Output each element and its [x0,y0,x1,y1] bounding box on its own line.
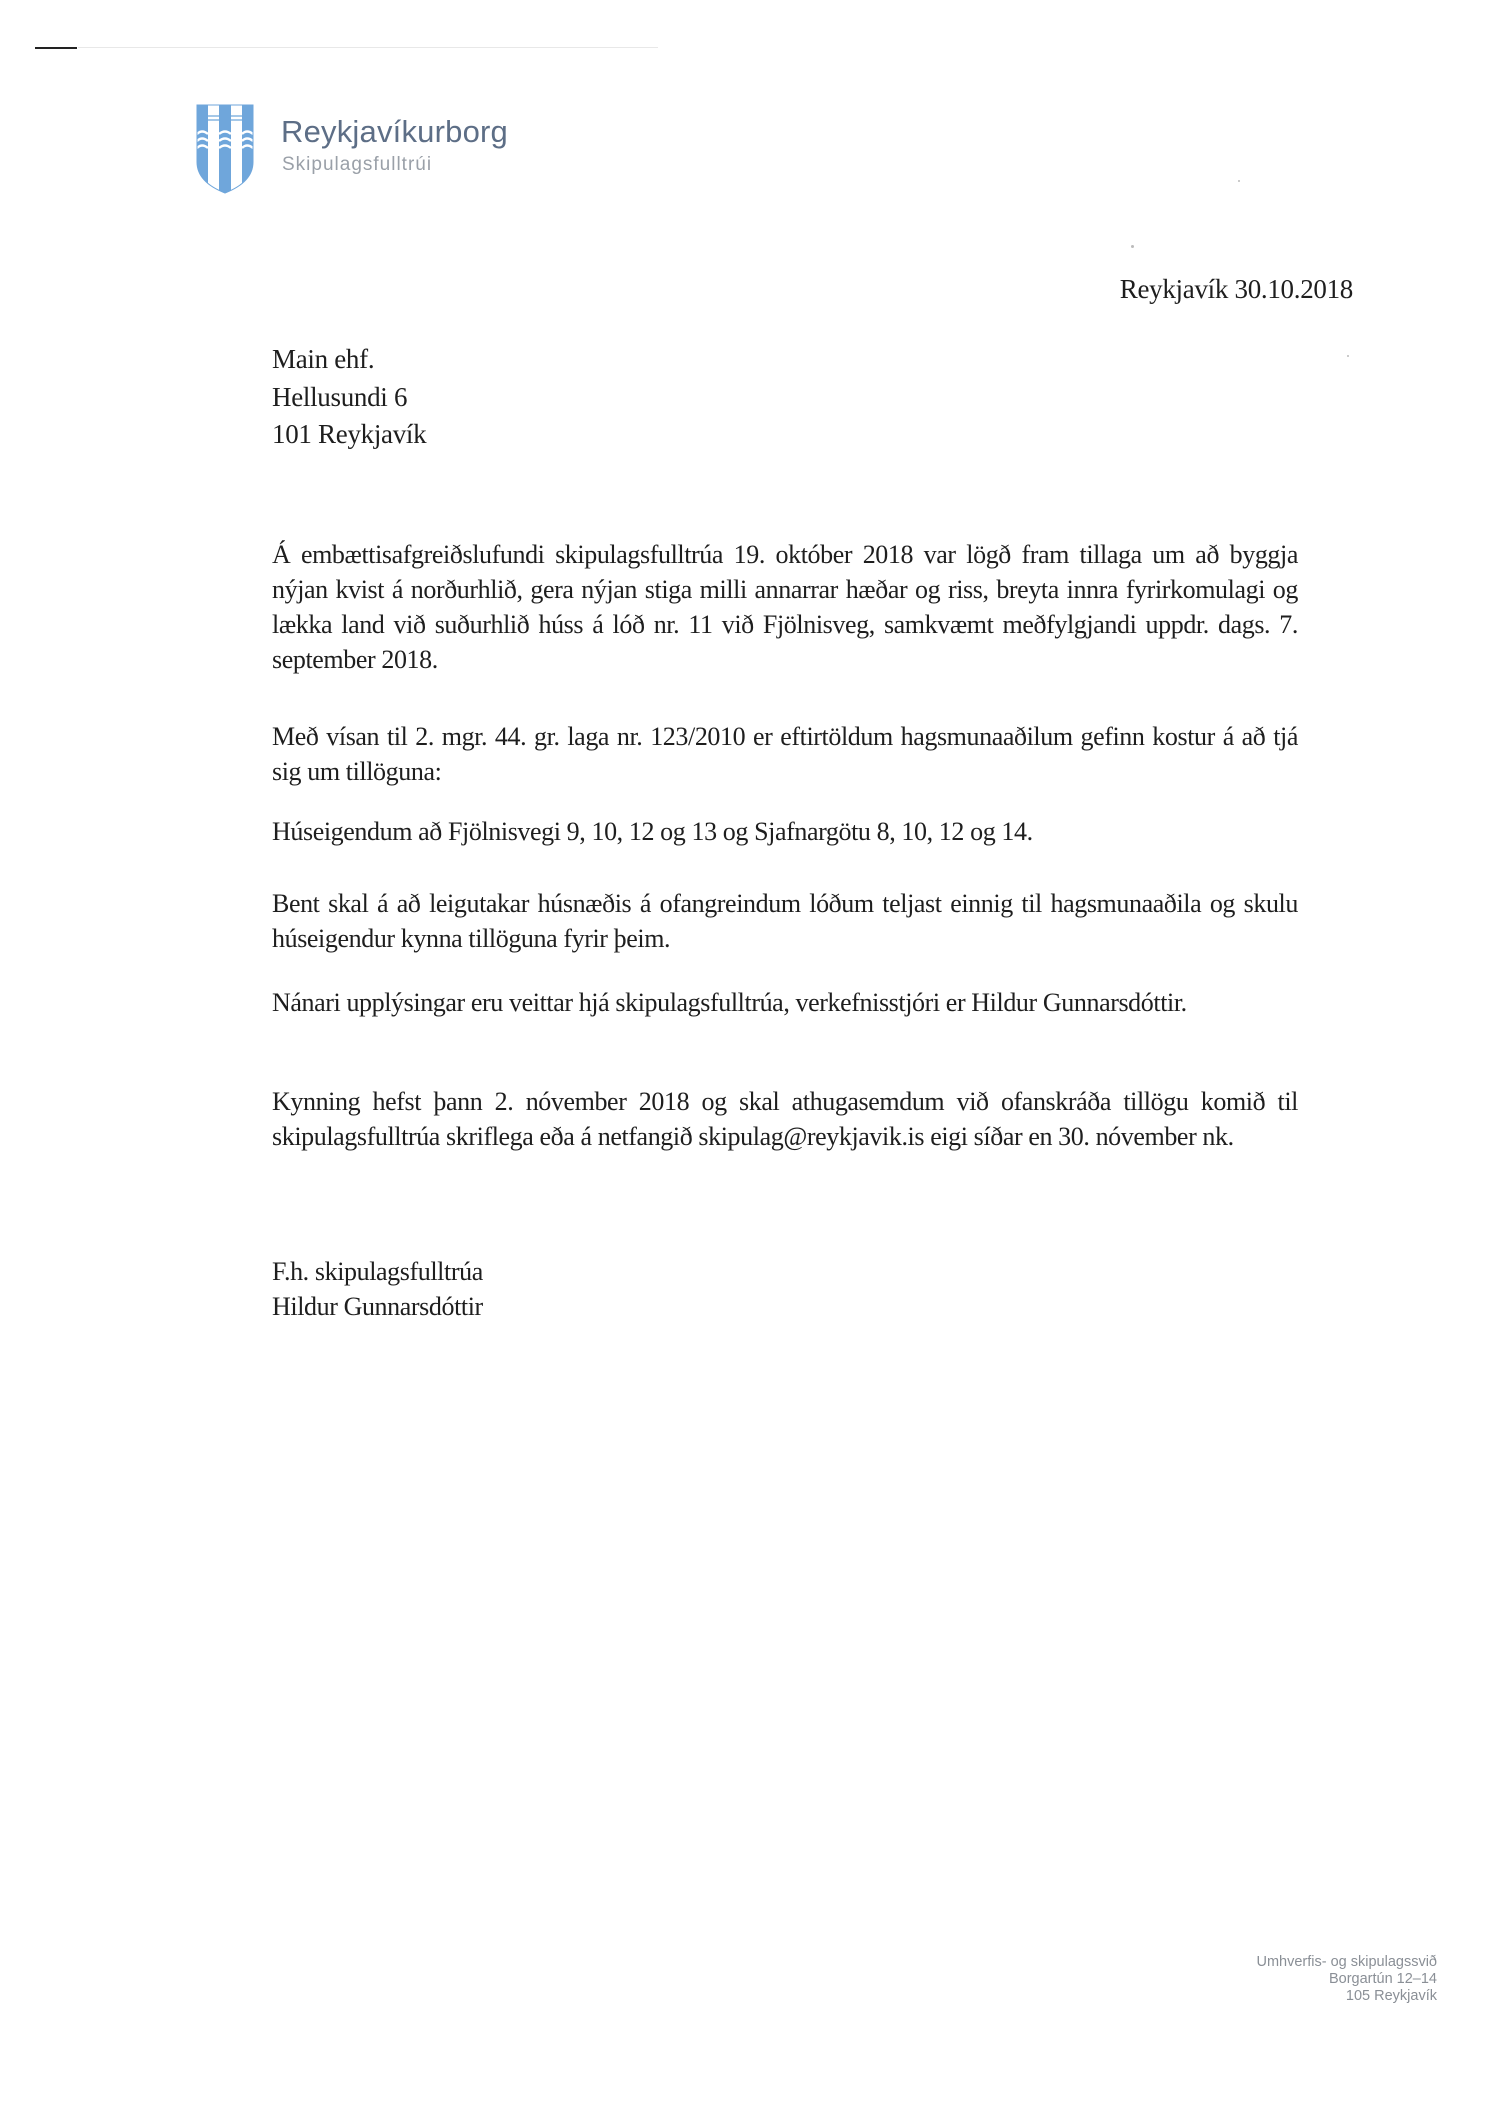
signature-block: F.h. skipulagsfulltrúa Hildur Gunnarsdót… [272,1254,483,1324]
recipient-address: Main ehf. Hellusundi 6 101 Reykjavík [272,341,426,454]
scan-mark-line [35,47,77,49]
scan-speck [1238,180,1240,182]
recipient-city: 101 Reykjavík [272,416,426,454]
scan-speck [1131,245,1134,248]
footer-street: Borgartún 12–14 [1256,1971,1437,1988]
paragraph-text: Húseigendum að Fjölnisvegi 9, 10, 12 og … [272,814,1298,849]
paragraph-contact: Nánari upplýsingar eru veittar hjá skipu… [272,985,1298,1020]
paragraph-legal-basis: Með vísan til 2. mgr. 44. gr. laga nr. 1… [272,719,1298,789]
paragraph-recipients: Húseigendum að Fjölnisvegi 9, 10, 12 og … [272,814,1298,849]
date-line: Reykjavík 30.10.2018 [1120,274,1353,305]
paragraph-text: Nánari upplýsingar eru veittar hjá skipu… [272,985,1298,1020]
paragraph-text: Á embættisafgreiðslufundi skipulagsfullt… [272,537,1298,677]
paragraph-text: Bent skal á að leigutakar húsnæðis á ofa… [272,886,1298,956]
scan-speck [1347,355,1349,357]
department-name: Skipulagsfulltrúi [282,154,432,176]
footer-city: 105 Reykjavík [1256,1988,1437,2005]
recipient-street: Hellusundi 6 [272,379,426,417]
paragraph-text: Kynning hefst þann 2. nóvember 2018 og s… [272,1084,1298,1154]
paragraph-deadline: Kynning hefst þann 2. nóvember 2018 og s… [272,1084,1298,1154]
signature-title: F.h. skipulagsfulltrúa [272,1254,483,1289]
paragraph-text: Með vísan til 2. mgr. 44. gr. laga nr. 1… [272,719,1298,789]
recipient-name: Main ehf. [272,341,426,379]
footer-address: Umhverfis- og skipulagssvið Borgartún 12… [1256,1954,1437,2005]
reykjavik-coat-of-arms-icon [196,104,254,194]
paragraph-proposal: Á embættisafgreiðslufundi skipulagsfullt… [272,537,1298,677]
scan-artifact-line [78,47,658,48]
organization-name: Reykjavíkurborg [281,114,508,150]
footer-department: Umhverfis- og skipulagssvið [1256,1954,1437,1971]
signature-name: Hildur Gunnarsdóttir [272,1289,483,1324]
paragraph-tenants: Bent skal á að leigutakar húsnæðis á ofa… [272,886,1298,956]
